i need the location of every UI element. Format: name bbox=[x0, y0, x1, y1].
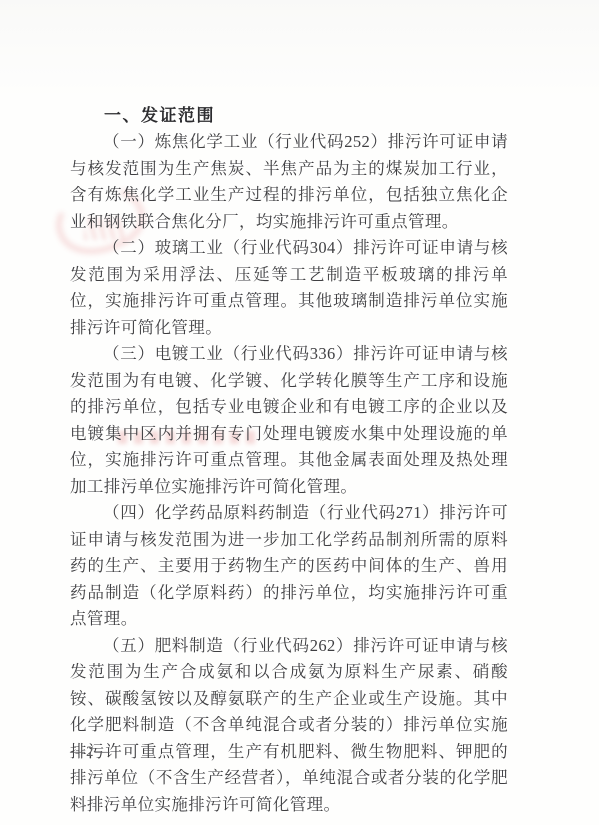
document-page: 一、发证范围 （一）炼焦化学工业（行业代码252）排污许可证申请与核发范围为生产… bbox=[0, 0, 599, 825]
paragraph-fertilizer-manufacturing: （五）肥料制造（行业代码262）排污许可证申请与核发范围为生产合成氨和以合成氨为… bbox=[70, 633, 508, 819]
section-heading: 一、发证范围 bbox=[104, 102, 508, 129]
document-body: 一、发证范围 （一）炼焦化学工业（行业代码252）排污许可证申请与核发范围为生产… bbox=[70, 102, 508, 818]
paragraph-pharmaceutical-api: （四）化学药品原料药制造（行业代码271）排污许可证申请与核发范围为进一步加工化… bbox=[70, 500, 508, 633]
page-number: —2— bbox=[70, 744, 111, 761]
paragraph-coking-industry: （一）炼焦化学工业（行业代码252）排污许可证申请与核发范围为生产焦炭、半焦产品… bbox=[70, 129, 508, 235]
paragraph-glass-industry: （二）玻璃工业（行业代码304）排污许可证申请与核发范围为采用浮法、压延等工艺制… bbox=[70, 235, 508, 341]
paragraph-electroplating-industry: （三）电镀工业（行业代码336）排污许可证申请与核发范围为有电镀、化学镀、化学转… bbox=[70, 341, 508, 500]
